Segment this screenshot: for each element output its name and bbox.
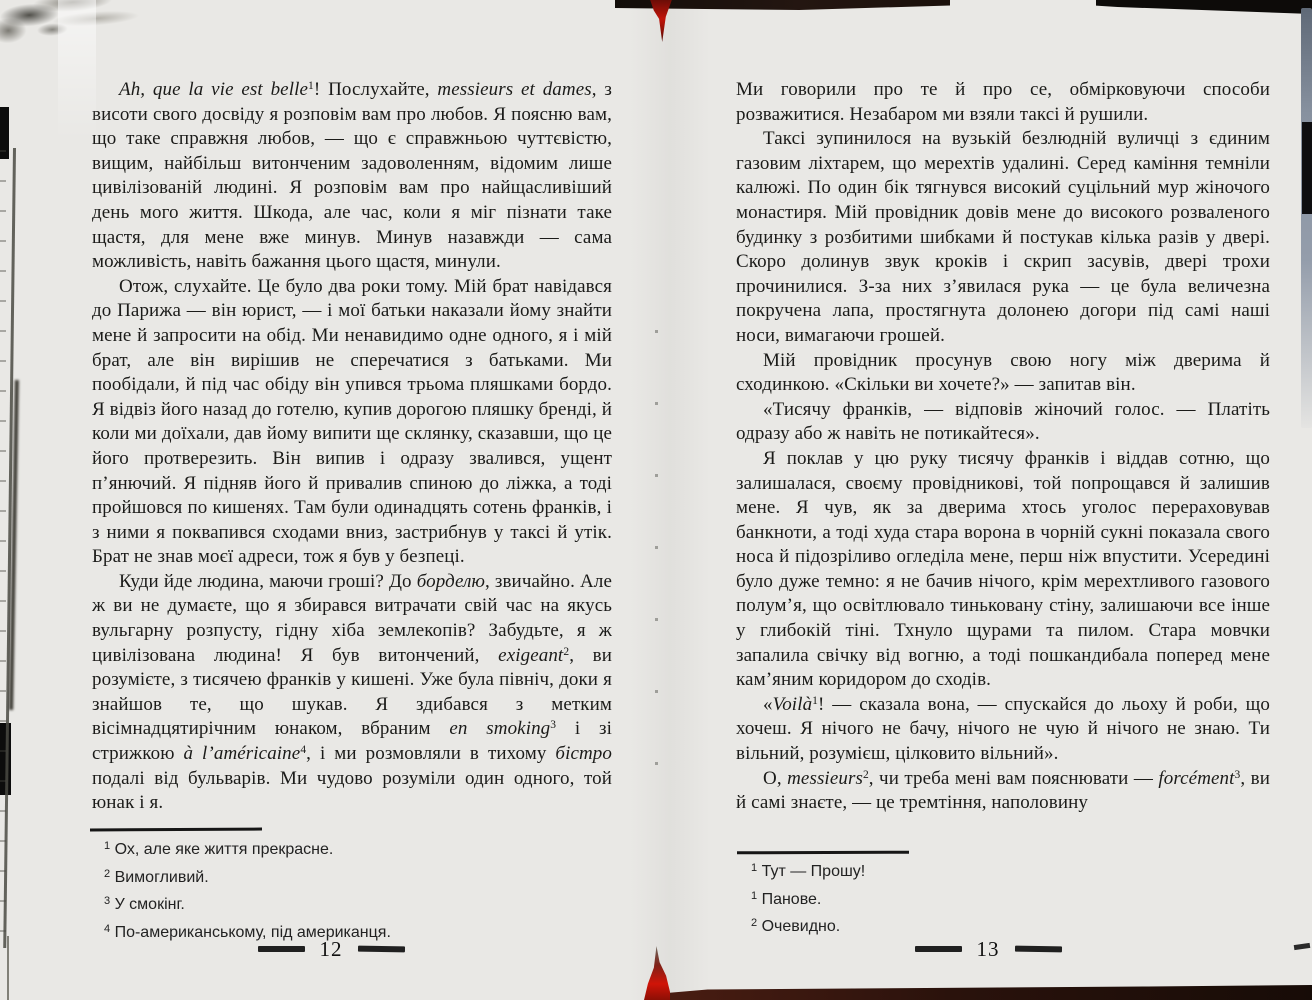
paragraph: О, messieurs2, чи треба мені вам пояснюв… (736, 767, 1270, 816)
footnote-separator-left (90, 828, 262, 832)
page-edge-shadow-left (9, 380, 19, 710)
book-cover-edge-bottom (655, 985, 1312, 1000)
scan-mark-bottom-right (1294, 943, 1311, 950)
page-number-13: 13 (868, 936, 1108, 962)
paragraph: Ми говорили про те й про се, обмірковуюч… (736, 78, 1270, 127)
page-number-ornament-bar (915, 946, 962, 952)
footnote: 1 Панове. (751, 886, 1231, 914)
paragraph: Таксі зупинилося на вузькій безлюдній ву… (736, 127, 1270, 348)
paragraph: Мій провідник просунув свою ногу між две… (736, 349, 1270, 398)
page-13-footnotes: 1 Тут — Прошу!1 Панове.2 Очевидно. (751, 858, 1231, 941)
page-gutter-shadow (630, 0, 710, 1000)
page-number-ornament-bar (258, 946, 305, 952)
book-spread-scan: Ah, que la vie est belle1! Послухайте, m… (0, 0, 1312, 1000)
page-number-label: 13 (977, 937, 1000, 962)
black-mark-left-edge-middle (0, 723, 11, 795)
black-mark-right-edge (1302, 122, 1312, 214)
page-number-ornament-bar (357, 946, 404, 953)
scan-streak-top-left (58, 0, 96, 140)
book-cover-edge-top (615, 0, 950, 10)
book-cover-edge-top-right (1096, 0, 1312, 14)
footnote: 1 Ох, але яке життя прекрасне. (104, 836, 584, 864)
page-12-text: Ah, que la vie est belle1! Послухайте, m… (92, 78, 612, 823)
paragraph: «Voilà1! — сказала вона, — спускайся до … (736, 693, 1270, 767)
black-mark-left-edge-top (0, 107, 9, 159)
scan-smudge-top-left (0, 0, 159, 62)
page-number-12: 12 (211, 936, 451, 962)
paragraph: «Тисячу франків, — відповів жіночий голо… (736, 398, 1270, 447)
page-12-footnotes: 1 Ох, але яке життя прекрасне.2 Вимоглив… (104, 836, 584, 946)
page-number-label: 12 (320, 937, 343, 962)
page-stack-edge-right (1301, 8, 1312, 428)
page-13-text: Ми говорили про те й про се, обмірковуюч… (736, 78, 1270, 846)
bookmark-ribbon-bottom (644, 946, 670, 1000)
footnote-separator-right (737, 851, 909, 855)
page-edge-line-left (3, 148, 15, 948)
paragraph: Отож, слухайте. Це було два роки тому. М… (92, 275, 612, 570)
page-number-ornament-bar (1014, 946, 1061, 953)
paragraph: Я поклав у цю руку тисячу франків і відд… (736, 447, 1270, 693)
bookmark-ribbon-top (649, 0, 673, 42)
footnote: 1 Тут — Прошу! (751, 858, 1231, 886)
binding-stitch-marks (655, 330, 658, 790)
footnote: 3 У смокінг. (104, 891, 584, 919)
page-edge-speckles-left (0, 150, 6, 950)
paragraph: Ah, que la vie est belle1! Послухайте, m… (92, 78, 612, 275)
footnote: 2 Вимогливий. (104, 864, 584, 892)
paragraph: Куди йде людина, маючи гроші? До борделю… (92, 570, 612, 816)
page-edge-line-bottom-left (7, 936, 9, 1000)
